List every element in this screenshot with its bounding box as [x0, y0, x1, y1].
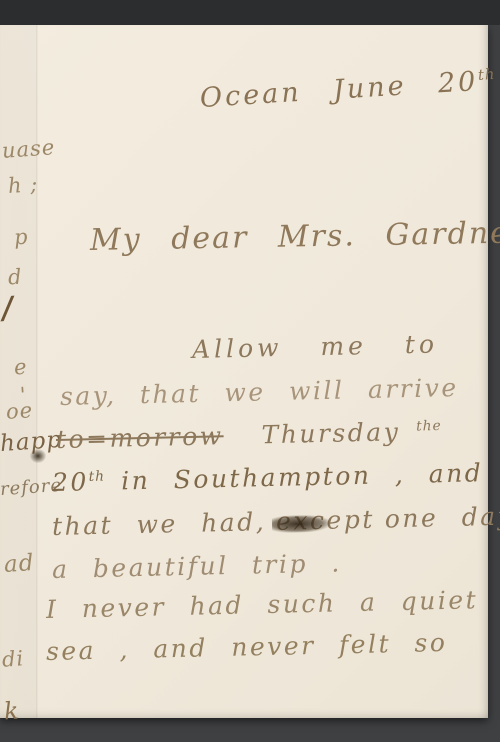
struck-through-word: to=morrow: [56, 421, 224, 454]
dark-border-top: [0, 0, 500, 25]
corrected-word-wrap: except: [276, 505, 375, 536]
photograph-background: uase h ; p d / e ' oe happ refore ad di …: [0, 0, 500, 742]
dateline-superscript: th: [477, 65, 496, 84]
adjacent-text-fragment: di: [1, 646, 25, 671]
body-line: say, that we will arrive: [60, 373, 459, 411]
body-line: Allow me to: [192, 329, 439, 364]
ordinal-superscript: th: [89, 468, 106, 484]
body-line: sea , and never felt so: [46, 628, 448, 666]
body-line: a beautiful trip .: [52, 548, 342, 584]
body-text: in Southampton , and: [121, 458, 484, 495]
body-word: Thursday: [261, 417, 400, 449]
adjacent-text-fragment: p: [13, 225, 29, 250]
ink-blot: [30, 449, 46, 463]
blotted-word: except: [276, 505, 375, 536]
adjacent-text-fragment: d: [7, 265, 23, 290]
body-line: to=morrowThursdaythe: [56, 416, 442, 454]
adjacent-text-fragment: uase: [1, 135, 56, 163]
body-text: one day ,: [384, 501, 500, 534]
letter-page: uase h ; p d / e ' oe happ refore ad di …: [0, 25, 488, 718]
body-text: that we had,: [52, 507, 267, 541]
page-fold-edge: [36, 25, 38, 718]
adjacent-pen-stroke: /: [1, 291, 15, 327]
adjacent-text-fragment: h ;: [7, 172, 39, 198]
dateline: Ocean June 20th: [199, 65, 497, 114]
adjacent-text-fragment: k: [3, 696, 20, 725]
adjacent-text-fragment: oe: [5, 398, 34, 424]
body-number: 20: [52, 467, 89, 497]
body-line: 20thin Southampton , and: [52, 458, 484, 497]
salutation: My dear Mrs. Gardner,: [90, 215, 500, 258]
dateline-text: Ocean June 20: [199, 66, 479, 114]
body-line: that we had,exceptone day ,: [52, 501, 500, 541]
body-line: I never had such a quiet: [46, 585, 479, 624]
adjacent-text-fragment: e: [13, 355, 28, 380]
raised-word: the: [416, 418, 442, 435]
adjacent-text-fragment: ad: [3, 550, 35, 578]
